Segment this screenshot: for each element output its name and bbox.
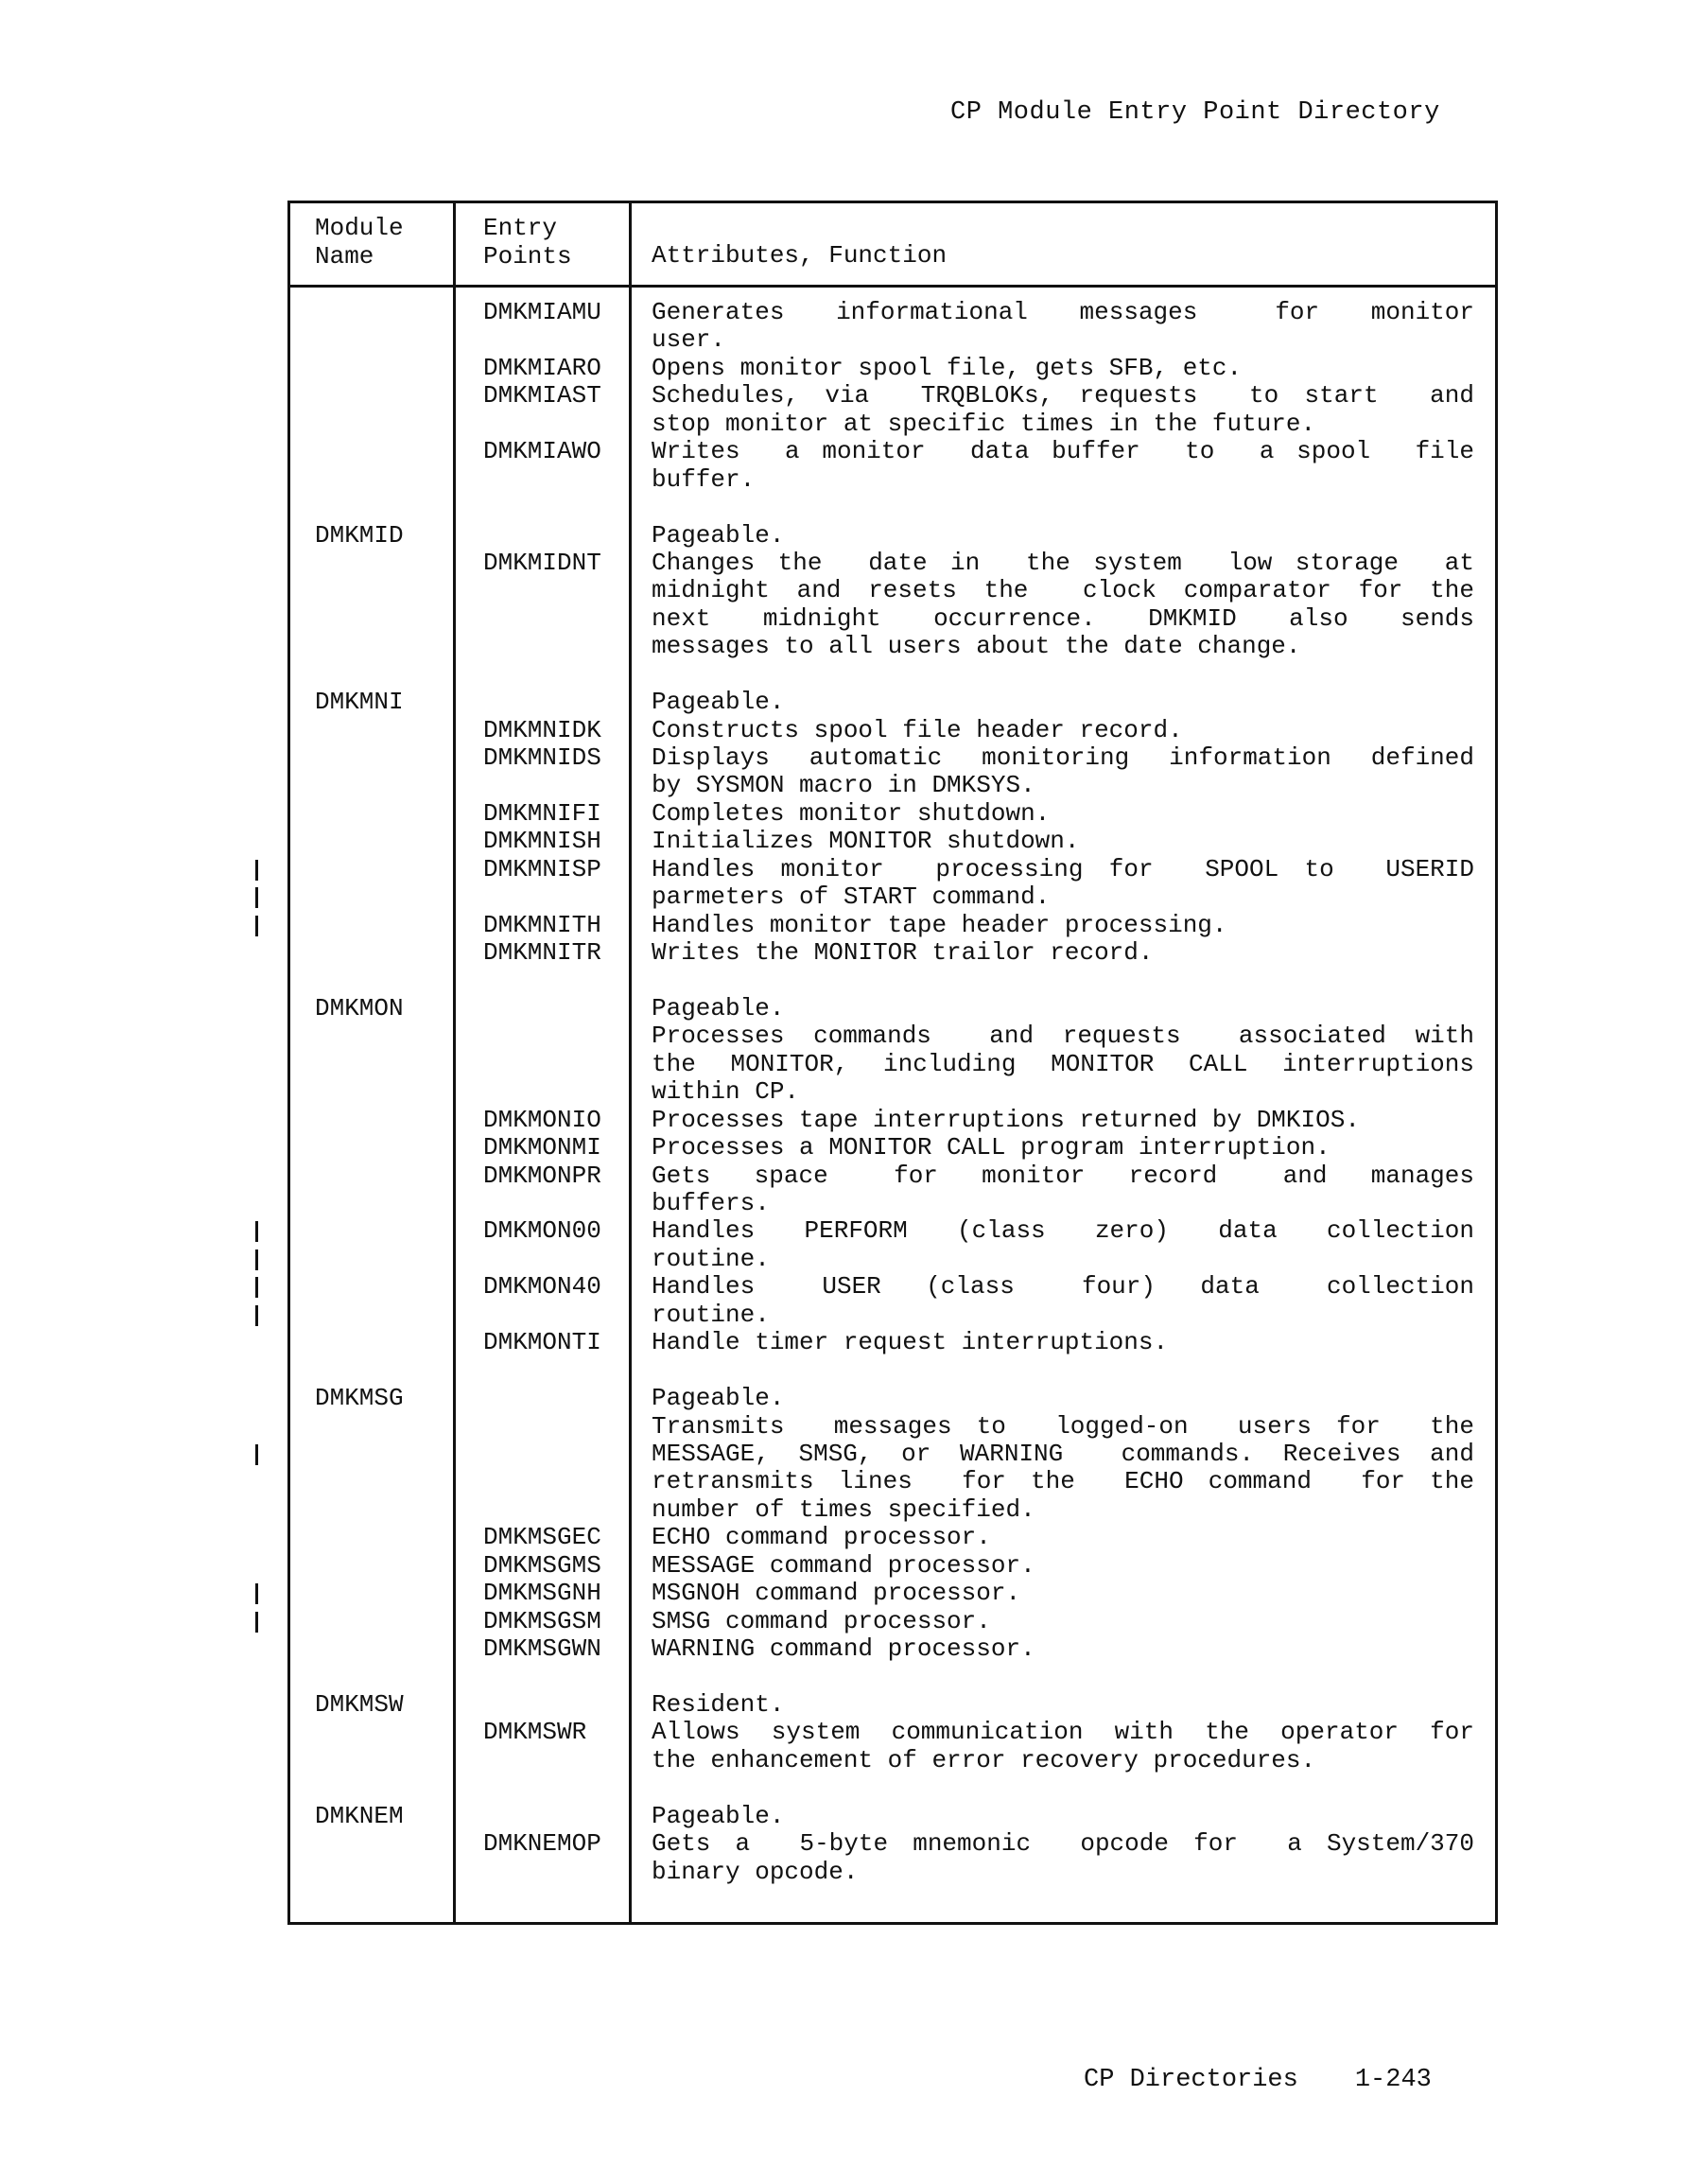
header-entry-line-2: Points: [483, 242, 572, 271]
entry-point-cell: DMKMIAST: [483, 382, 601, 410]
description-cell: Handles monitor tape header processing.: [652, 912, 1474, 939]
module-name-cell: DMKMID: [315, 522, 404, 550]
change-bar: [255, 1612, 258, 1633]
table-row: parmeters of START command.: [290, 883, 1495, 911]
table-row: the enhancement of error recovery proced…: [290, 1747, 1495, 1774]
table-row: DMKMNITHHandles monitor tape header proc…: [290, 912, 1495, 939]
change-bar: [255, 860, 258, 881]
entry-point-cell: DMKMNISH: [483, 828, 601, 855]
table-row: [290, 661, 1495, 689]
description-cell: number of times specified.: [652, 1496, 1474, 1524]
page-footer: CP Directories1-243: [1084, 2066, 1432, 2094]
table-row: DMKMSGECECHO command processor.: [290, 1524, 1495, 1551]
table-row: within CP.: [290, 1078, 1495, 1106]
description-cell: Pageable.: [652, 522, 1474, 550]
table-row: DMKMNITRWrites the MONITOR trailor recor…: [290, 939, 1495, 967]
change-bar: [255, 1249, 258, 1270]
table-row: DMKMSGMSMESSAGE command processor.: [290, 1552, 1495, 1580]
table-row: DMKMIAMUGenerates informational messages…: [290, 299, 1495, 326]
table-row: [290, 1774, 1495, 1802]
description-cell: WARNING command processor.: [652, 1635, 1474, 1663]
description-cell: Processes tape interruptions returned by…: [652, 1107, 1474, 1134]
entry-point-cell: DMKMNIDK: [483, 717, 601, 744]
description-cell: Opens monitor spool file, gets SFB, etc.: [652, 355, 1474, 382]
entry-point-cell: DMKMONIO: [483, 1107, 601, 1134]
entry-point-cell: DMKMON00: [483, 1217, 601, 1245]
table-row: [290, 494, 1495, 521]
entry-point-cell: DMKMONPR: [483, 1162, 601, 1190]
description-cell: Initializes MONITOR shutdown.: [652, 828, 1474, 855]
table-row: binary opcode.: [290, 1859, 1495, 1886]
description-cell: midnight and resets the clock comparator…: [652, 577, 1474, 604]
description-cell: Allows system communication with the ope…: [652, 1719, 1474, 1746]
table-row: DMKMONPRGets space for monitor record an…: [290, 1162, 1495, 1190]
description-cell: Displays automatic monitoring informatio…: [652, 744, 1474, 772]
entry-point-cell: DMKMIARO: [483, 355, 601, 382]
change-bar: [255, 1583, 258, 1604]
module-name-cell: DMKMON: [315, 995, 404, 1022]
entry-point-cell: DMKMONTI: [483, 1329, 601, 1356]
header-entry-line-1: Entry: [483, 214, 557, 242]
table-row: DMKMSGSMSMSG command processor.: [290, 1608, 1495, 1635]
change-bar: [255, 887, 258, 908]
description-cell: within CP.: [652, 1078, 1474, 1106]
description-cell: Constructs spool file header record.: [652, 717, 1474, 744]
entry-point-cell: DMKMIDNT: [483, 550, 601, 577]
header-module-line-1: Module: [315, 214, 404, 242]
description-cell: Writes a monitor data buffer to a spool …: [652, 438, 1474, 465]
table-row: messages to all users about the date cha…: [290, 633, 1495, 660]
description-cell: buffers.: [652, 1190, 1474, 1217]
table-row: DMKMNIDSDisplays automatic monitoring in…: [290, 744, 1495, 772]
table-row: DMKMSWRAllows system communication with …: [290, 1719, 1495, 1746]
change-bar: [255, 916, 258, 936]
entry-point-cell: DMKMNISP: [483, 856, 601, 883]
description-cell: Changes the date in the system low stora…: [652, 550, 1474, 577]
description-cell: Generates informational messages for mon…: [652, 299, 1474, 326]
table-row: DMKMIDPageable.: [290, 522, 1495, 550]
table-row: DMKMSGNHMSGNOH command processor.: [290, 1580, 1495, 1607]
description-cell: Pageable.: [652, 1803, 1474, 1830]
table-row: DMKMSGWNWARNING command processor.: [290, 1635, 1495, 1663]
description-cell: MESSAGE command processor.: [652, 1552, 1474, 1580]
table-row: DMKMONMIProcesses a MONITOR CALL program…: [290, 1134, 1495, 1162]
description-cell: messages to all users about the date cha…: [652, 633, 1474, 660]
entry-point-cell: DMKMNIFI: [483, 800, 601, 828]
description-cell: Completes monitor shutdown.: [652, 800, 1474, 828]
description-cell: Pageable.: [652, 995, 1474, 1022]
table-row: DMKMNIDKConstructs spool file header rec…: [290, 717, 1495, 744]
change-bar: [255, 1444, 258, 1465]
table-row: number of times specified.: [290, 1496, 1495, 1524]
table-row: the MONITOR, including MONITOR CALL inte…: [290, 1051, 1495, 1078]
description-cell: binary opcode.: [652, 1859, 1474, 1886]
description-cell: Gets a 5-byte mnemonic opcode for a Syst…: [652, 1830, 1474, 1858]
module-name-cell: DMKMSW: [315, 1691, 404, 1719]
description-cell: Processes commands and requests associat…: [652, 1022, 1474, 1050]
table-row: DMKNEMPageable.: [290, 1803, 1495, 1830]
change-bar: [255, 1277, 258, 1298]
description-cell: Pageable.: [652, 1385, 1474, 1412]
table-row: DMKMON40Handles USER (class four) data c…: [290, 1273, 1495, 1301]
entry-point-cell: DMKMIAMU: [483, 299, 601, 326]
table-row: stop monitor at specific times in the fu…: [290, 411, 1495, 438]
change-bar: [255, 1221, 258, 1242]
module-name-cell: DMKNEM: [315, 1803, 404, 1830]
entry-point-cell: DMKMNITH: [483, 912, 601, 939]
description-cell: Handle timer request interruptions.: [652, 1329, 1474, 1356]
description-cell: retransmits lines for the ECHO command f…: [652, 1468, 1474, 1495]
entry-point-cell: DMKMONMI: [483, 1134, 601, 1162]
header-module-name: Module Name: [315, 215, 404, 271]
description-cell: Pageable.: [652, 689, 1474, 716]
table-row: DMKMNISPHandles monitor processing for S…: [290, 856, 1495, 883]
entry-point-cell: DMKMNIDS: [483, 744, 601, 772]
description-cell: Gets space for monitor record and manage…: [652, 1162, 1474, 1190]
header-module-line-2: Name: [315, 242, 374, 271]
description-cell: next midnight occurrence. DMKMID also se…: [652, 605, 1474, 633]
table-row: DMKMON00Handles PERFORM (class zero) dat…: [290, 1217, 1495, 1245]
header-divider: [290, 285, 1495, 288]
entry-point-cell: DMKMNITR: [483, 939, 601, 967]
table-row: next midnight occurrence. DMKMID also se…: [290, 605, 1495, 633]
description-cell: Schedules, via TRQBLOKs, requests to sta…: [652, 382, 1474, 410]
table-row: DMKMNIFICompletes monitor shutdown.: [290, 800, 1495, 828]
entry-point-cell: DMKMSGMS: [483, 1552, 601, 1580]
entry-point-cell: DMKMSGSM: [483, 1608, 601, 1635]
entry-point-cell: DMKMSGNH: [483, 1580, 601, 1607]
table-row: DMKMNISHInitializes MONITOR shutdown.: [290, 828, 1495, 855]
entry-point-cell: DMKMSWR: [483, 1719, 586, 1746]
table-row: DMKMIASTSchedules, via TRQBLOKs, request…: [290, 382, 1495, 410]
table-row: DMKMIDNTChanges the date in the system l…: [290, 550, 1495, 577]
table-row: midnight and resets the clock comparator…: [290, 577, 1495, 604]
table-row: DMKNEMOPGets a 5-byte mnemonic opcode fo…: [290, 1830, 1495, 1858]
description-cell: Handles PERFORM (class zero) data collec…: [652, 1217, 1474, 1245]
module-name-cell: DMKMNI: [315, 689, 404, 716]
description-cell: routine.: [652, 1302, 1474, 1329]
table-row: [290, 1357, 1495, 1385]
description-cell: Handles USER (class four) data collectio…: [652, 1273, 1474, 1301]
entry-point-cell: DMKMON40: [483, 1273, 601, 1301]
description-cell: buffer.: [652, 466, 1474, 494]
table-row: DMKMONIOProcesses tape interruptions ret…: [290, 1107, 1495, 1134]
description-cell: ECHO command processor.: [652, 1524, 1474, 1551]
description-cell: SMSG command processor.: [652, 1608, 1474, 1635]
table-row: buffers.: [290, 1190, 1495, 1217]
table-row: DMKMSWResident.: [290, 1691, 1495, 1719]
description-cell: Transmits messages to logged-on users fo…: [652, 1413, 1474, 1441]
page-number: 1-243: [1355, 2066, 1432, 2094]
table-row: routine.: [290, 1246, 1495, 1273]
table-row: buffer.: [290, 466, 1495, 494]
table-row: Transmits messages to logged-on users fo…: [290, 1413, 1495, 1441]
module-name-cell: DMKMSG: [315, 1385, 404, 1412]
header-entry-points: Entry Points: [483, 215, 572, 271]
description-cell: parmeters of START command.: [652, 883, 1474, 911]
table-row: DMKMNIPageable.: [290, 689, 1495, 716]
running-header: CP Module Entry Point Directory: [950, 98, 1440, 127]
description-cell: MSGNOH command processor.: [652, 1580, 1474, 1607]
table-row: DMKMONPageable.: [290, 995, 1495, 1022]
table-row: retransmits lines for the ECHO command f…: [290, 1468, 1495, 1495]
table-row: DMKMSGPageable.: [290, 1385, 1495, 1412]
table-row: [290, 968, 1495, 995]
header-attributes-function: Attributes, Function: [652, 242, 947, 271]
module-entry-point-table: Module Name Entry Points Attributes, Fun…: [287, 201, 1498, 1925]
description-cell: by SYSMON macro in DMKSYS.: [652, 772, 1474, 799]
description-cell: the enhancement of error recovery proced…: [652, 1747, 1474, 1774]
footer-section: CP Directories: [1084, 2066, 1298, 2094]
description-cell: the MONITOR, including MONITOR CALL inte…: [652, 1051, 1474, 1078]
description-cell: Resident.: [652, 1691, 1474, 1719]
table-row: DMKMIAROOpens monitor spool file, gets S…: [290, 355, 1495, 382]
table-row: routine.: [290, 1302, 1495, 1329]
table-row: DMKMIAWOWrites a monitor data buffer to …: [290, 438, 1495, 465]
table-row: [290, 1663, 1495, 1690]
table-row: MESSAGE, SMSG, or WARNING commands. Rece…: [290, 1441, 1495, 1468]
description-cell: MESSAGE, SMSG, or WARNING commands. Rece…: [652, 1441, 1474, 1468]
entry-point-cell: DMKMIAWO: [483, 438, 601, 465]
description-cell: stop monitor at specific times in the fu…: [652, 411, 1474, 438]
change-bar: [255, 1305, 258, 1326]
table-row: by SYSMON macro in DMKSYS.: [290, 772, 1495, 799]
description-cell: Writes the MONITOR trailor record.: [652, 939, 1474, 967]
entry-point-cell: DMKMSGEC: [483, 1524, 601, 1551]
description-cell: Handles monitor processing for SPOOL to …: [652, 856, 1474, 883]
entry-point-cell: DMKMSGWN: [483, 1635, 601, 1663]
table-row: Processes commands and requests associat…: [290, 1022, 1495, 1050]
description-cell: routine.: [652, 1246, 1474, 1273]
entry-point-cell: DMKNEMOP: [483, 1830, 601, 1858]
table-row: DMKMONTIHandle timer request interruptio…: [290, 1329, 1495, 1356]
table-body: DMKMIAMUGenerates informational messages…: [290, 299, 1495, 1886]
description-cell: Processes a MONITOR CALL program interru…: [652, 1134, 1474, 1162]
table-row: user.: [290, 326, 1495, 354]
description-cell: user.: [652, 326, 1474, 354]
